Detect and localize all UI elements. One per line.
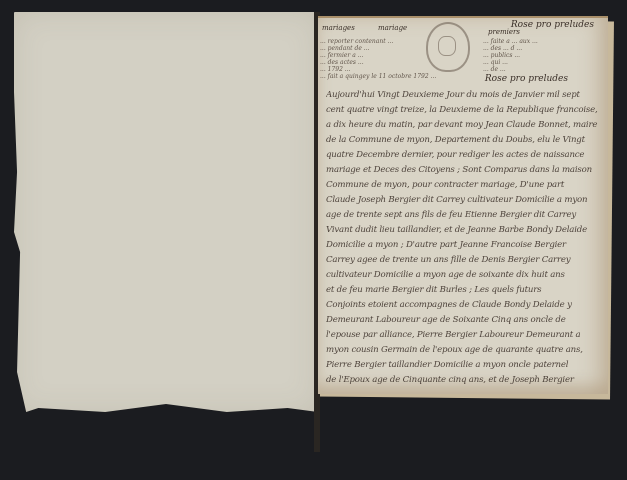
header-note-line: ... publics ... <box>483 52 603 59</box>
body-line: Demeurant Laboureur age de Soixante Cinq… <box>326 315 598 325</box>
body-line: quatre Decembre dernier, pour rediger le… <box>326 150 598 160</box>
header-note-line: ... faite a ... aux ... <box>483 38 603 45</box>
header-label-2: mariage <box>378 24 407 32</box>
header-note-line: ... des ... d ... <box>483 45 603 52</box>
body-line: myon cousin Germain de l'epoux age de qu… <box>326 345 598 355</box>
header-label: mariages <box>322 24 355 32</box>
body-line: Vivant dudit lieu taillandier, et de Jea… <box>326 225 598 235</box>
body-line: cent quatre vingt treize, la Deuxieme de… <box>326 105 598 115</box>
header-note-line: ... qui ... <box>483 59 603 66</box>
body-line: l'epouse par alliance, Pierre Bergier La… <box>326 330 598 340</box>
margin-note-line: ... pendant de ... <box>320 45 420 52</box>
body-line: Commune de myon, pour contracter mariage… <box>326 180 598 190</box>
header-note-line: ... de ... <box>483 66 603 73</box>
margin-note-line: ... des actes ... <box>320 59 420 66</box>
body-line: Conjoints etoient accompagnes de Claude … <box>326 300 598 310</box>
body-line: cultivateur Domicilie a myon age de soix… <box>326 270 598 280</box>
blank-left-page <box>14 12 318 412</box>
margin-note-line: ... fermier a ... <box>320 52 420 59</box>
margin-note-line: ... fait a quingey le 11 octobre 1792 ..… <box>320 73 510 80</box>
body-line: a dix heure du matin, par devant moy Jea… <box>326 120 598 130</box>
body-line: de l'Epoux age de Cinquante cinq ans, et… <box>326 375 598 385</box>
body-line: Claude Joseph Bergier dit Carrey cultiva… <box>326 195 598 205</box>
margin-note-line: ... 1792 ... <box>320 66 420 73</box>
body-line: Carrey agee de trente un ans fille de De… <box>326 255 598 265</box>
body-line: Pierre Bergier taillandier Domicilie a m… <box>326 360 598 370</box>
seal-stamp-icon <box>426 22 470 72</box>
body-line: Aujourd'hui Vingt Deuxieme Jour du mois … <box>326 90 598 100</box>
body-line: mariage et Deces des Citoyens ; Sont Com… <box>326 165 598 175</box>
record-subtitle: Rose pro preludes <box>485 74 568 84</box>
body-line: age de trente sept ans fils de feu Etien… <box>326 210 598 220</box>
header-right-title: Rose pro preludes <box>511 20 594 30</box>
register-page: mariages mariage premiers Rose pro prelu… <box>318 16 608 394</box>
body-line: et de feu marie Bergier dit Burles ; Les… <box>326 285 598 295</box>
body-line: Domicilie a myon ; D'autre part Jeanne F… <box>326 240 598 250</box>
margin-note-line: ... reporter contenant ... <box>320 38 420 45</box>
body-line: de la Commune de myon, Departement du Do… <box>326 135 598 145</box>
